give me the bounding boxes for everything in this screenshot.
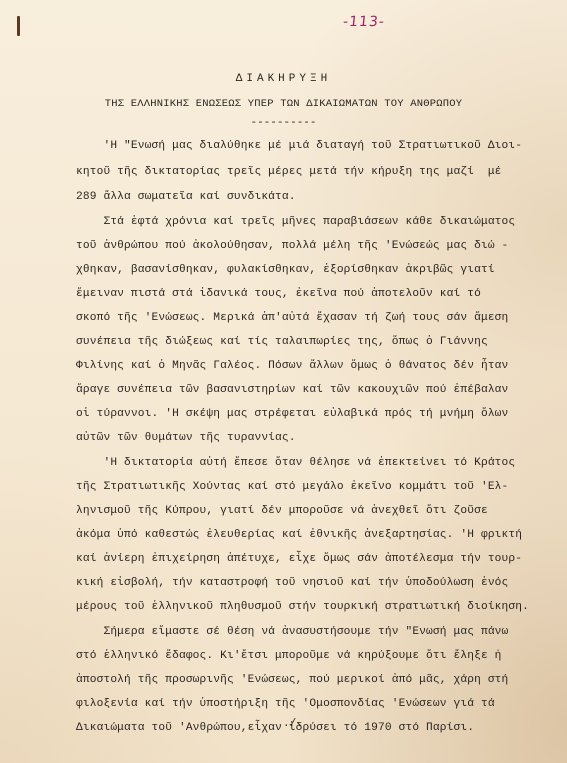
body-line: Στά ἑφτά χρόνια καί τρεῖς μῆνες παραβιάσ… — [76, 215, 515, 229]
body-line: Δικαιώματα τοῦ 'Ανθρώπου,εἶχαν ἱδρύσει τ… — [76, 721, 474, 735]
body-line: 289 ἄλλα σωματεῖα καί συνδικάτα. — [76, 190, 296, 204]
document-page: -113- ΔΙΑΚΗΡΥΞΗ ΤΗΣ ΕΛΛΗΝΙΚΗΣ ΕΝΩΣΕΩΣ ΥΠ… — [0, 0, 567, 763]
body-line: 'Η δικτατορία αὐτή ἔπεσε ὅταν θέλησε νά … — [76, 456, 515, 470]
body-line: τοῦ ἀνθρώπου πού ἀκολούθησαν, πολλά μέλη… — [76, 239, 508, 253]
body-line: στό ἑλληνικό ἔδαφος. Κι'ἔτσι μποροῦμε νά… — [76, 649, 502, 663]
body-line: ἀκόμα ὑπό καθεστώς ἐλευθερίας καί ἐθνικῆ… — [76, 528, 522, 542]
body-line: Σήμερα εἴμαστε σέ θέση νά ἀνασυστήσουμε … — [76, 625, 508, 639]
body-line: κητοῦ τῆς δικτατορίας τρεῖς μέρες μετά τ… — [76, 165, 502, 179]
body-line: οἱ τύραννοι. 'Η σκέψη μας στρέφεται εὐλα… — [76, 407, 508, 421]
end-mark: ./. — [283, 718, 303, 730]
body-line: χθηκαν, βασανίσθηκαν, φυλακίσθηκαν, ἐξορ… — [76, 263, 495, 277]
body-line: τῆς Στρατιωτικῆς Χούντας καί στό μεγάλο … — [76, 480, 508, 494]
body-line: ἔμειναν πιστά στά ἰδανικά τους, ἐκεῖνα π… — [76, 287, 481, 301]
body-line: μέρους τοῦ ἑλληνικοῦ πληθυσμοῦ στήν τουρ… — [76, 600, 529, 614]
margin-mark — [17, 16, 20, 36]
body-line: καί ἀνίερη ἐπιχείρηση ἀπέτυχε, εἶχε ὅμως… — [76, 552, 522, 566]
body-line: σκοπό τῆς 'Ενώσεως. Μερικά ἀπ'αὐτά ἔχασα… — [76, 311, 508, 325]
body-line: Φιλίνης καί ὁ Μηνᾶς Γαλέος. Πόσων ἄλλων … — [76, 359, 508, 373]
document-title: ΔΙΑΚΗΡΥΞΗ — [0, 73, 567, 85]
body-line: κική εἰσβολή, τήν καταστροφή τοῦ νησιοῦ … — [76, 576, 508, 590]
separator-rule: ---------- — [0, 117, 567, 129]
body-line: φιλοξενία καί τήν ὑποστήριξη τῆς 'Ομοσπο… — [76, 697, 495, 711]
body-line: αὐτῶν τῶν θυμάτων τῆς τυραννίας. — [76, 431, 296, 445]
handwritten-page-number: -113- — [342, 14, 386, 30]
body-line: ἀποστολή τῆς προσωρινῆς 'Ενώσεως, πού με… — [76, 673, 508, 687]
body-line: συνέπεια τῆς διώξεως καί τίς ταλαιπωρίες… — [76, 335, 488, 349]
body-line: ἄραγε συνέπεια τῶν βασανιστηρίων καί τῶν… — [76, 383, 508, 397]
body-line: ληνισμοῦ τῆς Κύπρου, γιατί δέν μποροῦσε … — [76, 504, 488, 518]
document-subtitle: ΤΗΣ ΕΛΛΗΝΙΚΗΣ ΕΝΩΣΕΩΣ ΥΠΕΡ ΤΩΝ ΔΙΚΑΙΩΜΑΤ… — [0, 98, 567, 110]
body-line: 'Η "Ενωσή μας διαλύθηκε μέ μιά διαταγή τ… — [76, 139, 522, 153]
